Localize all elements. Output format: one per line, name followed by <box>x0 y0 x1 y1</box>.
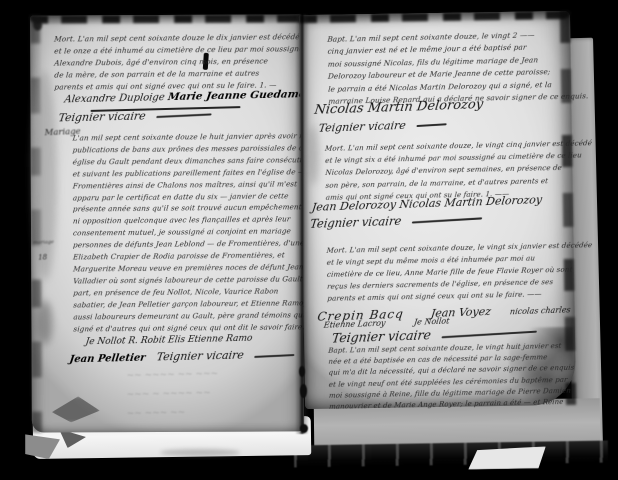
gutter-ink-blot <box>299 366 305 377</box>
left-page: Mort. L'an mil sept cent soixante douze … <box>30 14 304 432</box>
gutter-ink-blot <box>300 384 307 398</box>
signature-witness: Je Nollot <box>413 317 450 327</box>
flourish-line <box>416 123 446 127</box>
flourish-line <box>412 217 482 223</box>
register-entry-baptism: Bapt. L'an mil sept cent soixante douze,… <box>327 30 588 109</box>
page-edge-stain-top <box>30 14 302 23</box>
show-through-line: ~~ ~~~ ~~ <box>126 407 219 419</box>
register-entry-baptism: Bapt. L'an mil sept cent soixante douze,… <box>328 342 575 413</box>
scanned-register-spread: Mort. L'an mil sept cent soixante douze … <box>0 0 618 480</box>
signature-witness-row: Je Nollot R. Robit Elis Etienne Ramo <box>85 334 253 348</box>
page-edge-stain-top <box>299 11 570 23</box>
gutter-ink-blot <box>300 424 308 433</box>
signature-vicar-text: Teignier vicaire <box>309 214 402 231</box>
signature-vicar: Teignier vicaire <box>309 211 482 231</box>
flourish-line <box>156 113 211 118</box>
flourish-line <box>254 354 294 358</box>
signature-witness: Etienne Lacroy <box>323 319 386 330</box>
register-entry-burial: Mort. L'an mil sept cent soixante douze … <box>54 32 303 93</box>
margin-number: 18 <box>38 253 47 261</box>
entry-line: signé et d'autres qui ont signé ceux qui… <box>73 320 333 334</box>
register-entry-death: Mort. L'an mil sept cent soixante douze,… <box>325 139 593 204</box>
torn-corner <box>52 396 100 422</box>
margin-scribble: mariage <box>33 239 54 246</box>
ink-stain <box>37 301 52 345</box>
sheet-smudge <box>160 449 240 456</box>
right-page: Bapt. L'an mil sept cent soixante douze,… <box>299 11 576 409</box>
register-entry-marriage: L'an mil sept cent soixante douze le hui… <box>73 131 332 335</box>
signature-witness: nicolas charles <box>509 305 571 316</box>
signature-witness: Jean Pelletier <box>69 353 146 366</box>
signature-groom: Alexandre Duploige <box>64 92 166 105</box>
water-stain <box>32 70 57 280</box>
signature-vicar: Teignier vicaire <box>318 118 447 135</box>
corner-spot <box>33 20 42 31</box>
book-fore-edge-shadow <box>294 441 608 468</box>
signature-vicar-text: Teignier vicaire <box>318 119 407 135</box>
flourish-line <box>442 330 537 338</box>
register-entry-death: Mort. L'an mil sept cent soixante douze,… <box>327 241 593 305</box>
signature-vicar-text: Teignier vicaire <box>58 110 147 125</box>
show-through-line: ~~ ~~~~ ~~ ~~~ <box>126 369 219 381</box>
signature-row-final: Jean Pelletier Teignier vicaire <box>69 348 295 366</box>
show-through-text: ~~ ~~~~ ~~ ~~~~~~ ~ ~~~~ ~~~~ ~~~ ~~ <box>127 370 219 427</box>
signature-vicar: Teignier vicaire <box>58 108 212 124</box>
signature-witnesses: Je Nollot R. Robit Elis Etienne Ramo <box>85 334 253 348</box>
signature-vicar-text: Teignier vicaire <box>156 349 245 364</box>
show-through-line: ~~~ ~ ~~~~ ~~ <box>126 388 219 400</box>
